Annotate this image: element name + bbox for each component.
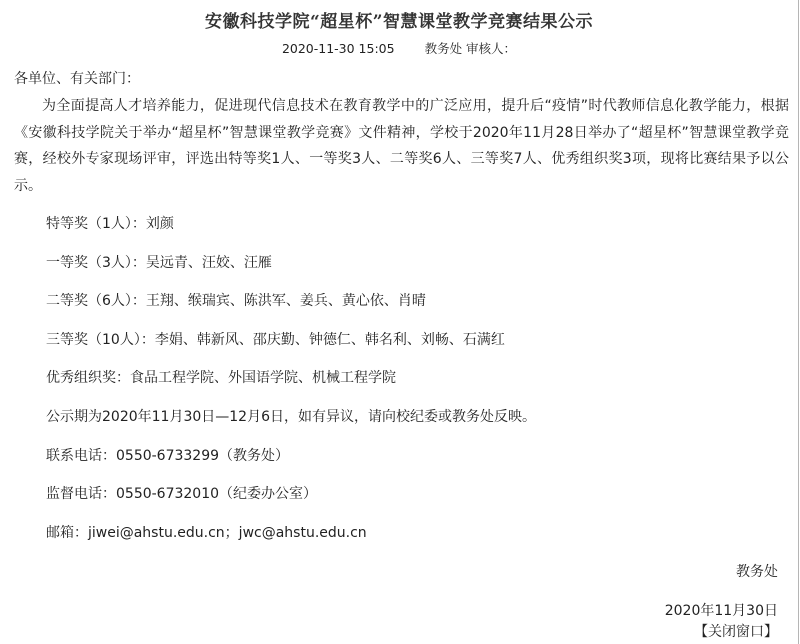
award-names: 食品工程学院、外国语学院、机械工程学院 xyxy=(130,370,396,386)
award-item-third: 三等奖（10人）：李娟、韩新风、邵庆勤、钟德仁、韩名利、刘畅、石满红 xyxy=(46,329,536,368)
award-label: 优秀组织奖： xyxy=(46,370,130,386)
publisher-department: 教务处 审核人： xyxy=(425,41,516,56)
award-list: 特等奖（1人）：刘颜 一等奖（3人）：吴远青、汪姣、汪雁 二等奖（6人）：王翔、… xyxy=(46,213,536,560)
close-window-link[interactable]: 【关闭窗口】 xyxy=(694,621,778,641)
contact-email: 邮箱：jiwei@ahstu.edu.cn；jwc@ahstu.edu.cn xyxy=(46,522,536,561)
award-names: 李娟、韩新风、邵庆勤、钟德仁、韩名利、刘畅、石满红 xyxy=(155,332,505,348)
supervise-phone: 监督电话：0550-6732010（纪委办公室） xyxy=(46,483,536,522)
award-label: 特等奖（1人）： xyxy=(46,216,146,232)
award-item-special: 特等奖（1人）：刘颜 xyxy=(46,213,536,252)
contact-phone: 联系电话：0550-6733299（教务处） xyxy=(46,445,536,484)
award-names: 吴远青、汪姣、汪雁 xyxy=(146,255,272,271)
award-item-organization: 优秀组织奖：食品工程学院、外国语学院、机械工程学院 xyxy=(46,367,536,406)
award-label: 一等奖（3人）： xyxy=(46,255,146,271)
page-title: 安徽科技学院“超星杯”智慧课堂教学竞赛结果公示 xyxy=(0,7,798,32)
signature-date: 2020年11月30日 xyxy=(665,600,778,620)
salutation: 各单位、有关部门： xyxy=(14,68,140,88)
article-meta: 2020-11-30 15:05教务处 审核人： xyxy=(0,39,798,57)
award-label: 二等奖（6人）： xyxy=(46,293,146,309)
page-right-border xyxy=(798,0,799,644)
intro-paragraph: 为全面提高人才培养能力，促进现代信息技术在教育教学中的广泛应用，提升后“疫情”时… xyxy=(14,93,789,199)
award-names: 刘颜 xyxy=(146,216,174,232)
signature: 教务处 xyxy=(736,561,778,581)
award-label: 三等奖（10人）： xyxy=(46,332,155,348)
notice-period: 公示期为2020年11月30日—12月6日，如有异议，请向校纪委或教务处反映。 xyxy=(46,406,536,445)
award-item-first: 一等奖（3人）：吴远青、汪姣、汪雁 xyxy=(46,252,536,291)
award-names: 王翔、缑瑞宾、陈洪军、姜兵、黄心依、肖晴 xyxy=(146,293,426,309)
publish-datetime: 2020-11-30 15:05 xyxy=(282,41,395,56)
award-item-second: 二等奖（6人）：王翔、缑瑞宾、陈洪军、姜兵、黄心依、肖晴 xyxy=(46,290,536,329)
